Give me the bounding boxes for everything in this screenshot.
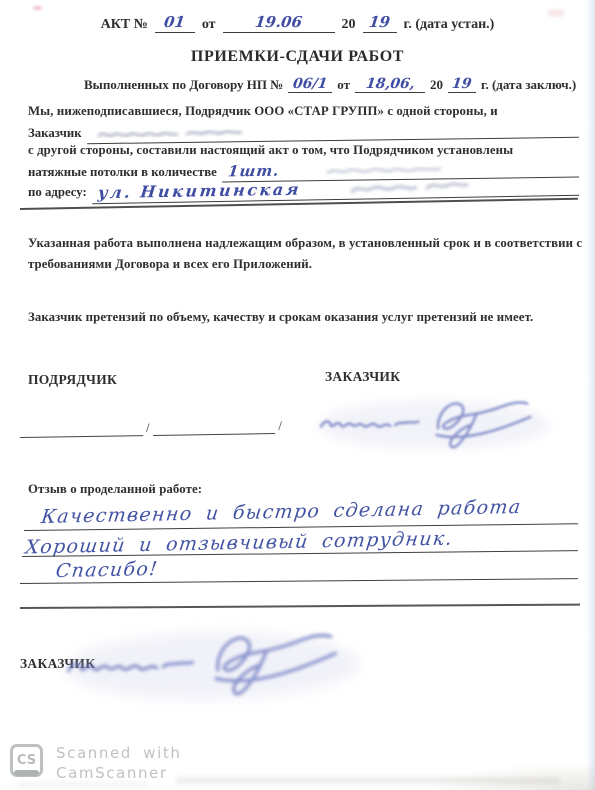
paragraph2-line2: требованиями Договора и всех его Приложе… [28,257,312,272]
slash-separator: / [278,418,282,434]
watermark-line1: Scanned with [56,744,182,764]
address-row: по адресу: ул. Никитинская [28,181,579,200]
act-from-label: от [202,17,216,33]
act-year-field: 19 [363,15,397,33]
contract-date-field: 18,06, [355,77,425,93]
scan-edge-shadow [586,0,595,790]
review-label: Отзыв о проделанной работе: [28,482,202,497]
quantity-label: натяжные потолки в количестве [28,165,217,180]
blurred-address-note [347,177,472,199]
scan-artifact-streak [175,777,560,784]
contractor-heading: ПОДРЯДЧИК [28,372,117,388]
customer-name-row: Заказчик [28,122,579,141]
bottom-divider-rule [20,604,580,609]
contract-note: г. (дата заключ.) [481,77,576,93]
body-line1: Мы, нижеподписавшиеся, Подрядчик ООО «СТ… [28,104,498,119]
scan-artifact-streak [18,782,148,787]
act-century: 20 [342,17,356,33]
blurred-footer-signature [59,617,366,714]
act-date-handwritten: 19.06 [254,15,303,30]
quantity-handwritten: 1шт. [227,164,280,180]
contract-year-handwritten: 19 [451,77,472,91]
review-handwritten-line3: Спасибо! [55,558,160,582]
customer-label: Заказчик [28,126,82,141]
customer-heading: ЗАКАЗЧИК [325,369,400,385]
scan-artifact-speck [33,6,42,10]
scan-artifact-speck [548,10,564,16]
contract-prefix: Выполненных по Договору НП № [84,77,283,93]
blurred-customer-name [95,124,265,142]
contract-number-handwritten: 06/1 [292,77,328,91]
camscanner-logo-text: CS [17,753,36,768]
contract-date-handwritten: 18,06, [365,77,415,91]
watermark-text: Scanned with CamScanner [56,744,182,783]
camscanner-logo-icon: CS [10,744,43,777]
blurred-customer-signature [288,392,580,458]
contract-year-field: 19 [448,77,476,93]
contract-number-field: 06/1 [288,77,332,93]
body-line2: с другой стороны, составили настоящий ак… [28,143,513,158]
act-label: АКТ № [101,17,148,33]
quantity-row: натяжные потолки в количестве 1шт. [28,161,579,180]
signature-line-segment [20,421,143,438]
act-date-note: г. (дата устан.) [404,17,495,33]
customer-name-line [86,119,579,144]
scan-corner-shadow [425,762,595,790]
contract-from-label: от [337,77,350,93]
watermark-line2: CamScanner [56,764,182,784]
act-number-field: 01 [155,15,195,33]
signature-line-segment [152,419,275,436]
address-handwritten: ул. Никитинская [97,182,302,202]
address-label: по адресу: [28,185,87,200]
act-header-row: АКТ № 01 от 19.06 20 19 г. (дата устан.) [0,15,595,33]
scanned-act-document: АКТ № 01 от 19.06 20 19 г. (дата устан.)… [0,0,595,790]
paragraph2-line1: Указанная работа выполнена надлежащим об… [28,236,582,251]
contract-century: 20 [430,77,443,93]
paragraph3: Заказчик претензий по объему, качеству и… [28,310,533,325]
act-date-field: 19.06 [223,15,335,33]
review-handwritten-line1: Качественно и быстро сделана работа [40,496,523,528]
document-title: ПРИЕМКИ-СДАЧИ РАБОТ [0,48,595,66]
camscanner-logo-base [14,770,39,776]
act-year-handwritten: 19 [368,15,391,30]
contractor-signature-line: / / [20,418,282,438]
slash-separator: / [146,420,150,436]
camscanner-watermark: CS Scanned with CamScanner [10,744,182,783]
act-number-handwritten: 01 [163,15,186,30]
contract-row: Выполненных по Договору НП № 06/1 от 18,… [84,77,576,93]
